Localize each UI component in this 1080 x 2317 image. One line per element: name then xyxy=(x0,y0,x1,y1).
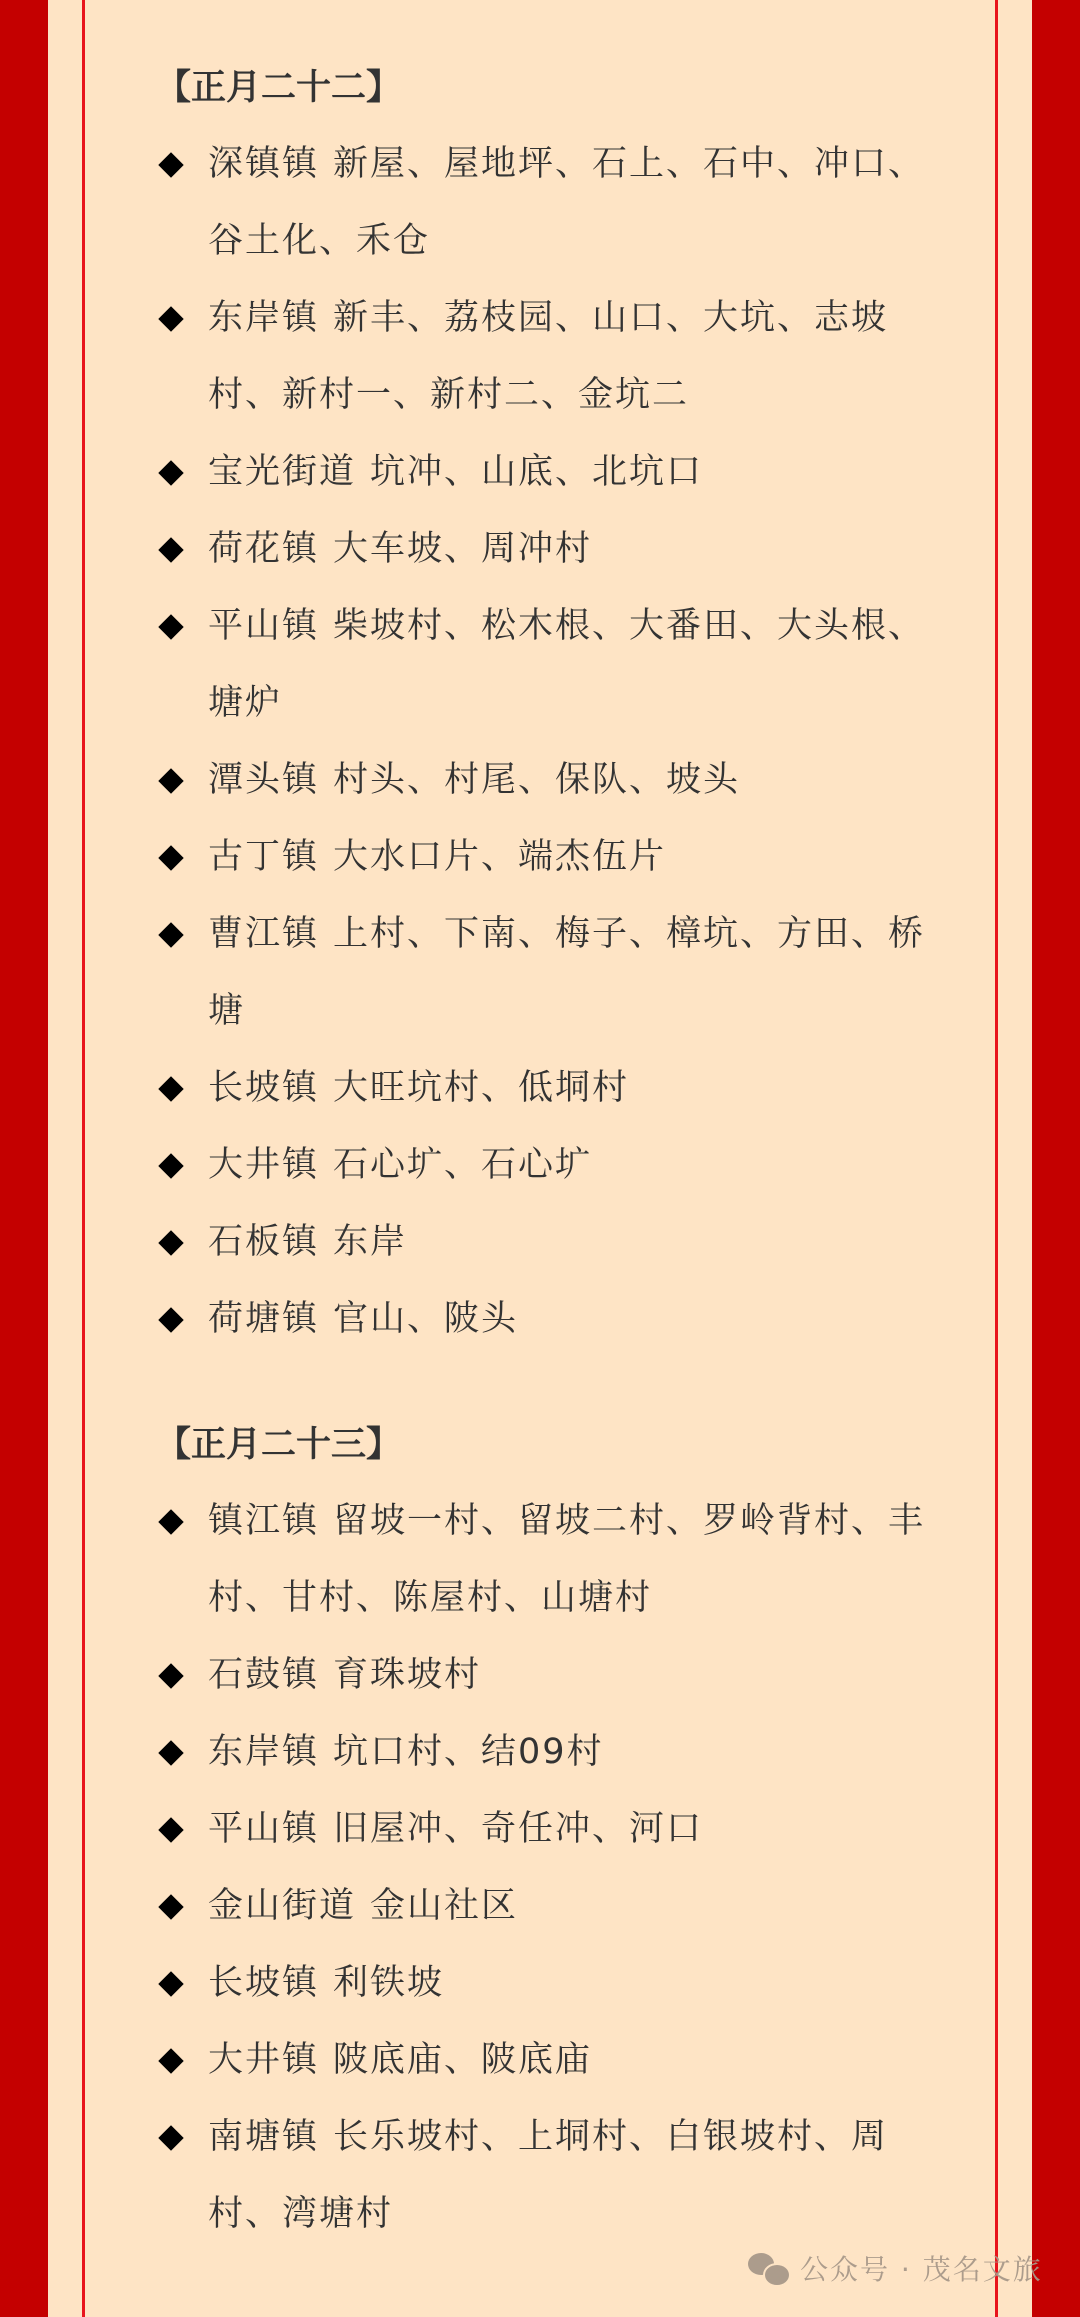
list-item: 古丁镇大水口片、端杰伍片 xyxy=(156,819,946,896)
list-item: 石板镇东岸 xyxy=(156,1204,946,1281)
diamond-bullet-icon xyxy=(158,742,184,819)
town-name: 南塘镇 xyxy=(208,2117,319,2157)
list-item: 平山镇旧屋冲、奇任冲、河口 xyxy=(156,1791,946,1868)
village-list: 坑口村、结09村 xyxy=(333,1732,604,1772)
diamond-bullet-icon xyxy=(158,2022,184,2099)
diamond-bullet-icon xyxy=(158,1945,184,2022)
village-list: 大旺坑村、低垌村 xyxy=(333,1068,629,1108)
town-name: 镇江镇 xyxy=(208,1501,319,1541)
list-item: 镇江镇留坡一村、留坡二村、罗岭背村、丰村、甘村、陈屋村、山塘村 xyxy=(156,1483,946,1637)
list-item: 宝光街道坑冲、山底、北坑口 xyxy=(156,434,946,511)
town-name: 石板镇 xyxy=(208,1222,319,1262)
town-name: 东岸镇 xyxy=(208,1732,319,1772)
village-list: 村头、村尾、保队、坡头 xyxy=(333,760,740,800)
list-item: 大井镇石心圹、石心圹 xyxy=(156,1127,946,1204)
section-title: 【正月二十三】 xyxy=(156,1415,946,1475)
list-item: 东岸镇坑口村、结09村 xyxy=(156,1714,946,1791)
town-name: 大井镇 xyxy=(208,2040,319,2080)
list-item: 深镇镇新屋、屋地坪、石上、石中、冲口、谷土化、禾仓 xyxy=(156,126,946,280)
right-red-border-line xyxy=(995,0,998,2317)
town-name: 长坡镇 xyxy=(208,1963,319,2003)
diamond-bullet-icon xyxy=(158,1127,184,1204)
town-name: 平山镇 xyxy=(208,606,319,646)
town-name: 大井镇 xyxy=(208,1145,319,1185)
list-item: 大井镇陂底庙、陂底庙 xyxy=(156,2022,946,2099)
village-list: 坑冲、山底、北坑口 xyxy=(370,452,703,492)
town-name: 长坡镇 xyxy=(208,1068,319,1108)
watermark-label: 公众号 · 茂名文旅 xyxy=(800,2248,1043,2288)
diamond-bullet-icon xyxy=(158,126,184,203)
village-list: 陂底庙、陂底庙 xyxy=(333,2040,592,2080)
list-item: 南塘镇长乐坡村、上垌村、白银坡村、周村、湾塘村 xyxy=(156,2099,946,2253)
list-item: 长坡镇大旺坑村、低垌村 xyxy=(156,1050,946,1127)
diamond-bullet-icon xyxy=(158,896,184,973)
diamond-bullet-icon xyxy=(158,1637,184,1714)
list-item: 荷花镇大车坡、周冲村 xyxy=(156,511,946,588)
wechat-watermark: 公众号 · 茂名文旅 xyxy=(748,2248,1043,2288)
diamond-bullet-icon xyxy=(158,2099,184,2176)
town-name: 金山街道 xyxy=(208,1886,356,1926)
town-name: 平山镇 xyxy=(208,1809,319,1849)
village-list: 旧屋冲、奇任冲、河口 xyxy=(333,1809,703,1849)
diamond-bullet-icon xyxy=(158,511,184,588)
section-title: 【正月二十二】 xyxy=(156,58,946,118)
town-name: 深镇镇 xyxy=(208,144,319,184)
village-list: 官山、陂头 xyxy=(333,1299,518,1339)
wechat-icon xyxy=(748,2251,790,2285)
village-list: 大水口片、端杰伍片 xyxy=(333,837,666,877)
village-list: 东岸 xyxy=(333,1222,407,1262)
left-red-border-band xyxy=(0,0,48,2317)
list-item: 东岸镇新丰、荔枝园、山口、大坑、志坡村、新村一、新村二、金坑二 xyxy=(156,280,946,434)
right-red-border-band xyxy=(1032,0,1080,2317)
diamond-bullet-icon xyxy=(158,1483,184,1560)
town-name: 曹江镇 xyxy=(208,914,319,954)
list-item: 曹江镇上村、下南、梅子、樟坑、方田、桥塘 xyxy=(156,896,946,1050)
diamond-bullet-icon xyxy=(158,1791,184,1868)
town-name: 石鼓镇 xyxy=(208,1655,319,1695)
town-name: 古丁镇 xyxy=(208,837,319,877)
village-list: 利铁坡 xyxy=(333,1963,444,2003)
village-list: 石心圹、石心圹 xyxy=(333,1145,592,1185)
list-item: 石鼓镇育珠坡村 xyxy=(156,1637,946,1714)
town-name: 宝光街道 xyxy=(208,452,356,492)
list-item: 长坡镇利铁坡 xyxy=(156,1945,946,2022)
list-item: 潭头镇村头、村尾、保队、坡头 xyxy=(156,742,946,819)
diamond-bullet-icon xyxy=(158,280,184,357)
town-name: 荷花镇 xyxy=(208,529,319,569)
list-item: 平山镇柴坡村、松木根、大番田、大头根、塘炉 xyxy=(156,588,946,742)
diamond-bullet-icon xyxy=(158,1714,184,1791)
diamond-bullet-icon xyxy=(158,1281,184,1358)
diamond-bullet-icon xyxy=(158,1050,184,1127)
section-day-23: 【正月二十三】 镇江镇留坡一村、留坡二村、罗岭背村、丰村、甘村、陈屋村、山塘村 … xyxy=(156,1415,946,2253)
schedule-content: 【正月二十二】 深镇镇新屋、屋地坪、石上、石中、冲口、谷土化、禾仓 东岸镇新丰、… xyxy=(156,58,946,2310)
diamond-bullet-icon xyxy=(158,819,184,896)
town-name: 东岸镇 xyxy=(208,298,319,338)
diamond-bullet-icon xyxy=(158,1204,184,1281)
left-red-border-line xyxy=(82,0,85,2317)
section-day-22: 【正月二十二】 深镇镇新屋、屋地坪、石上、石中、冲口、谷土化、禾仓 东岸镇新丰、… xyxy=(156,58,946,1358)
town-name: 荷塘镇 xyxy=(208,1299,319,1339)
list-item: 金山街道金山社区 xyxy=(156,1868,946,1945)
list-item: 荷塘镇官山、陂头 xyxy=(156,1281,946,1358)
diamond-bullet-icon xyxy=(158,434,184,511)
diamond-bullet-icon xyxy=(158,588,184,665)
village-list: 金山社区 xyxy=(370,1886,518,1926)
town-name: 潭头镇 xyxy=(208,760,319,800)
village-list: 大车坡、周冲村 xyxy=(333,529,592,569)
diamond-bullet-icon xyxy=(158,1868,184,1945)
village-list: 育珠坡村 xyxy=(333,1655,481,1695)
